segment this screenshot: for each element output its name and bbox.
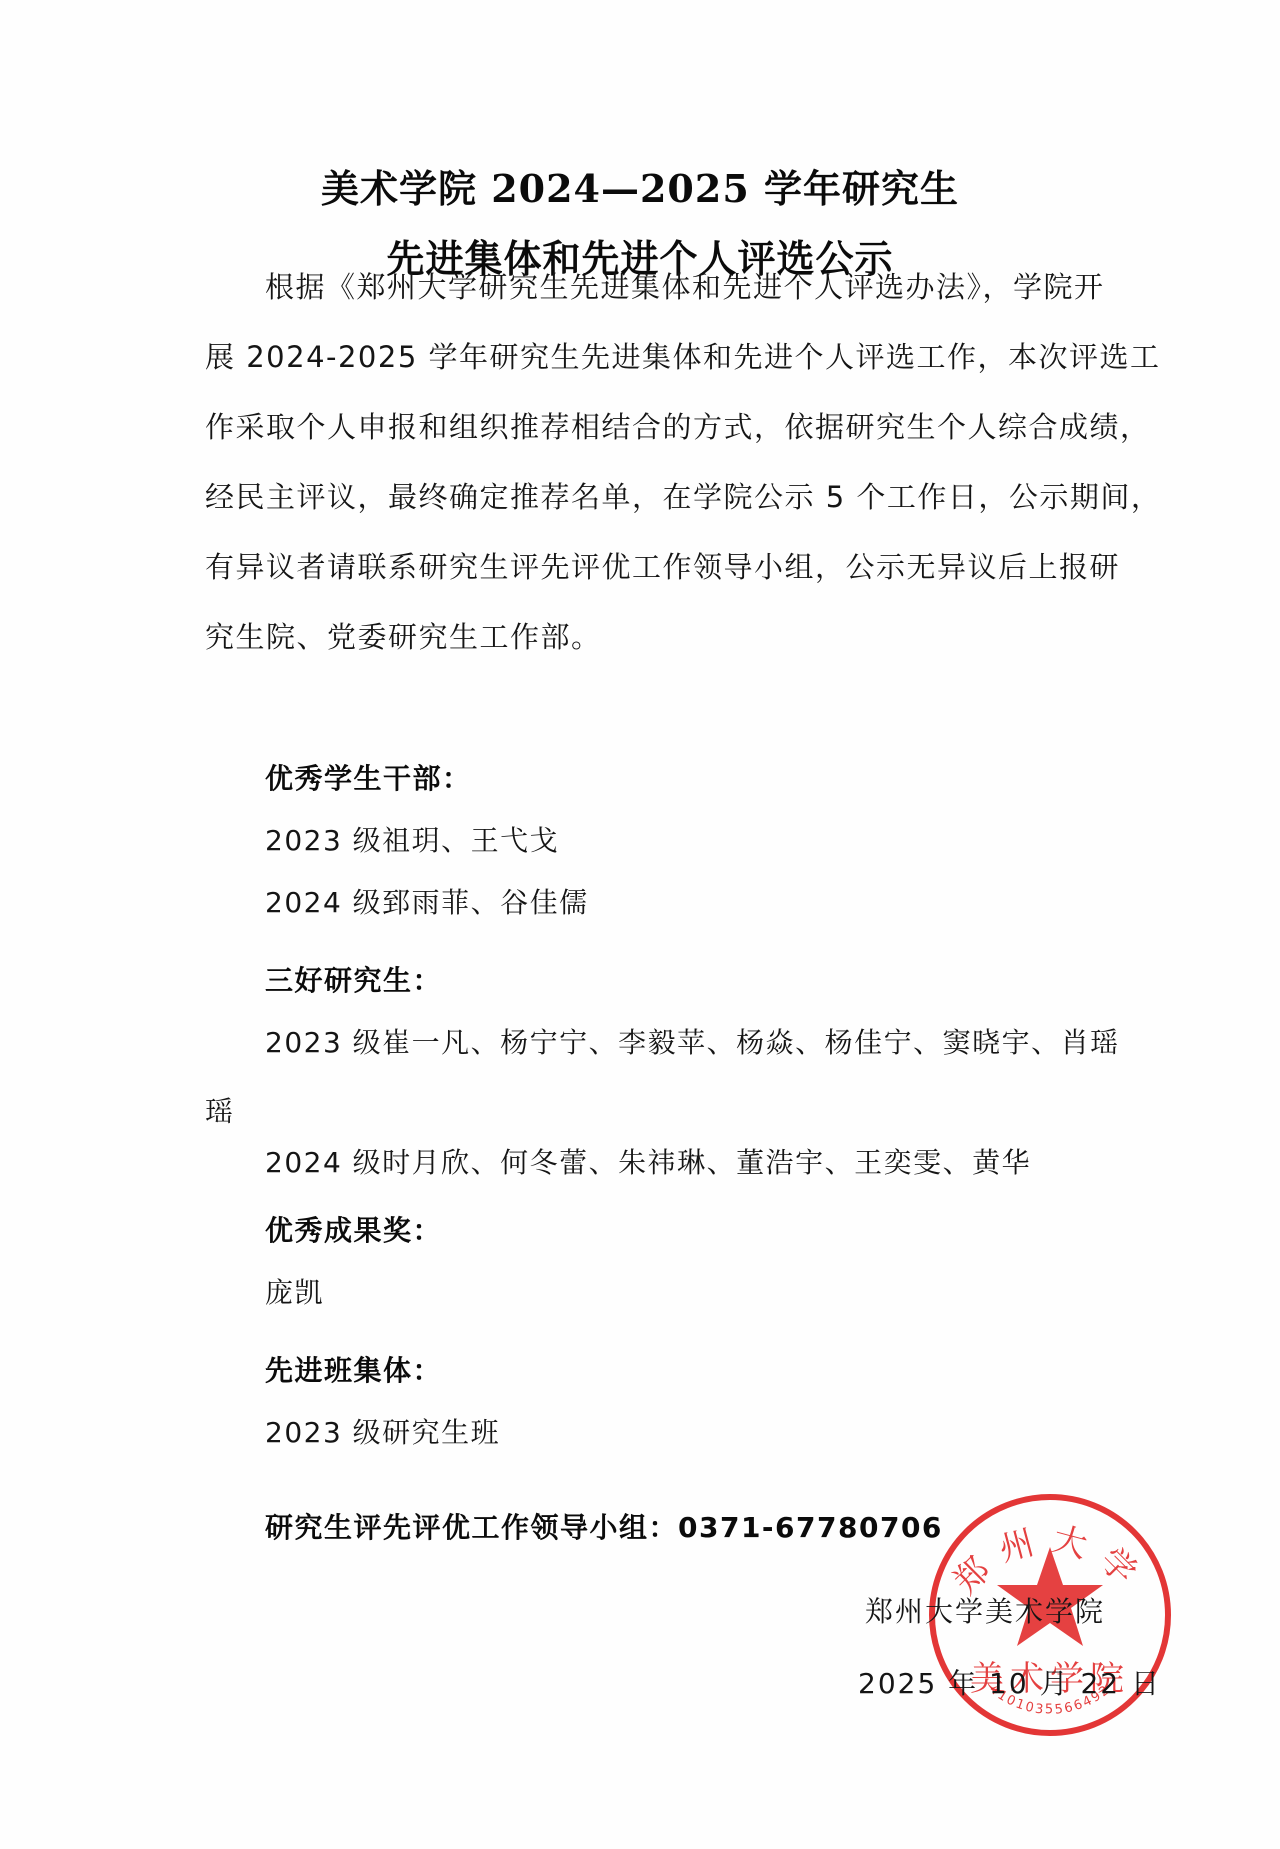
- document-title-line-1: 美术学院 2024—2025 学年研究生: [0, 158, 1280, 213]
- section-entry: 2023 级研究生班: [265, 1402, 500, 1464]
- section-heading: 三好研究生：: [265, 950, 1120, 1012]
- intro-line: 作采取个人申报和组织推荐相结合的方式，依据研究生个人综合成绩，: [205, 392, 1105, 462]
- intro-line: 展 2024-2025 学年研究生先进集体和先进个人评选工作，本次评选工: [205, 322, 1105, 392]
- section-merit-students: 三好研究生： 2023 级崔一凡、杨宁宁、李毅苹、杨焱、杨佳宁、窦晓宇、肖瑶: [265, 950, 1120, 1074]
- intro-line: 究生院、党委研究生工作部。: [205, 602, 1105, 672]
- intro-line: 经民主评议，最终确定推荐名单，在学院公示 5 个工作日，公示期间，: [205, 462, 1105, 532]
- section-heading: 先进班集体：: [265, 1340, 500, 1402]
- section-entry-wrap: 瑶: [205, 1090, 233, 1130]
- signature-organization: 郑州大学美术学院: [865, 1590, 1105, 1630]
- section-merit-students-2024: 2024 级时月欣、何冬蕾、朱祎琳、董浩宇、王奕雯、黄华: [265, 1132, 1031, 1194]
- section-outstanding-cadres: 优秀学生干部： 2023 级祖玥、王弋戈 2024 级郅雨菲、谷佳儒: [265, 748, 589, 934]
- section-achievement-award: 优秀成果奖： 庞凯: [265, 1200, 442, 1324]
- intro-paragraph: 根据《郑州大学研究生先进集体和先进个人评选办法》，学院开 展 2024-2025…: [205, 252, 1105, 672]
- section-entry: 2023 级崔一凡、杨宁宁、李毅苹、杨焱、杨佳宁、窦晓宇、肖瑶: [265, 1012, 1120, 1074]
- signature-date: 2025 年 10 月 22 日: [858, 1662, 1161, 1702]
- intro-line: 有异议者请联系研究生评先评优工作领导小组，公示无异议后上报研: [205, 532, 1105, 602]
- section-heading: 优秀成果奖：: [265, 1200, 442, 1262]
- section-entry: 2024 级郅雨菲、谷佳儒: [265, 872, 589, 934]
- section-entry: 庞凯: [265, 1262, 442, 1324]
- contact-line: 研究生评先评优工作领导小组：0371-67780706: [265, 1506, 943, 1546]
- section-entry: 2023 级祖玥、王弋戈: [265, 810, 589, 872]
- section-heading: 优秀学生干部：: [265, 748, 589, 810]
- section-advanced-class: 先进班集体： 2023 级研究生班: [265, 1340, 500, 1464]
- intro-line: 根据《郑州大学研究生先进集体和先进个人评选办法》，学院开: [205, 252, 1105, 322]
- section-entry: 2024 级时月欣、何冬蕾、朱祎琳、董浩宇、王奕雯、黄华: [265, 1132, 1031, 1194]
- document-page: 美术学院 2024—2025 学年研究生 先进集体和先进个人评选公示 根据《郑州…: [0, 0, 1280, 1849]
